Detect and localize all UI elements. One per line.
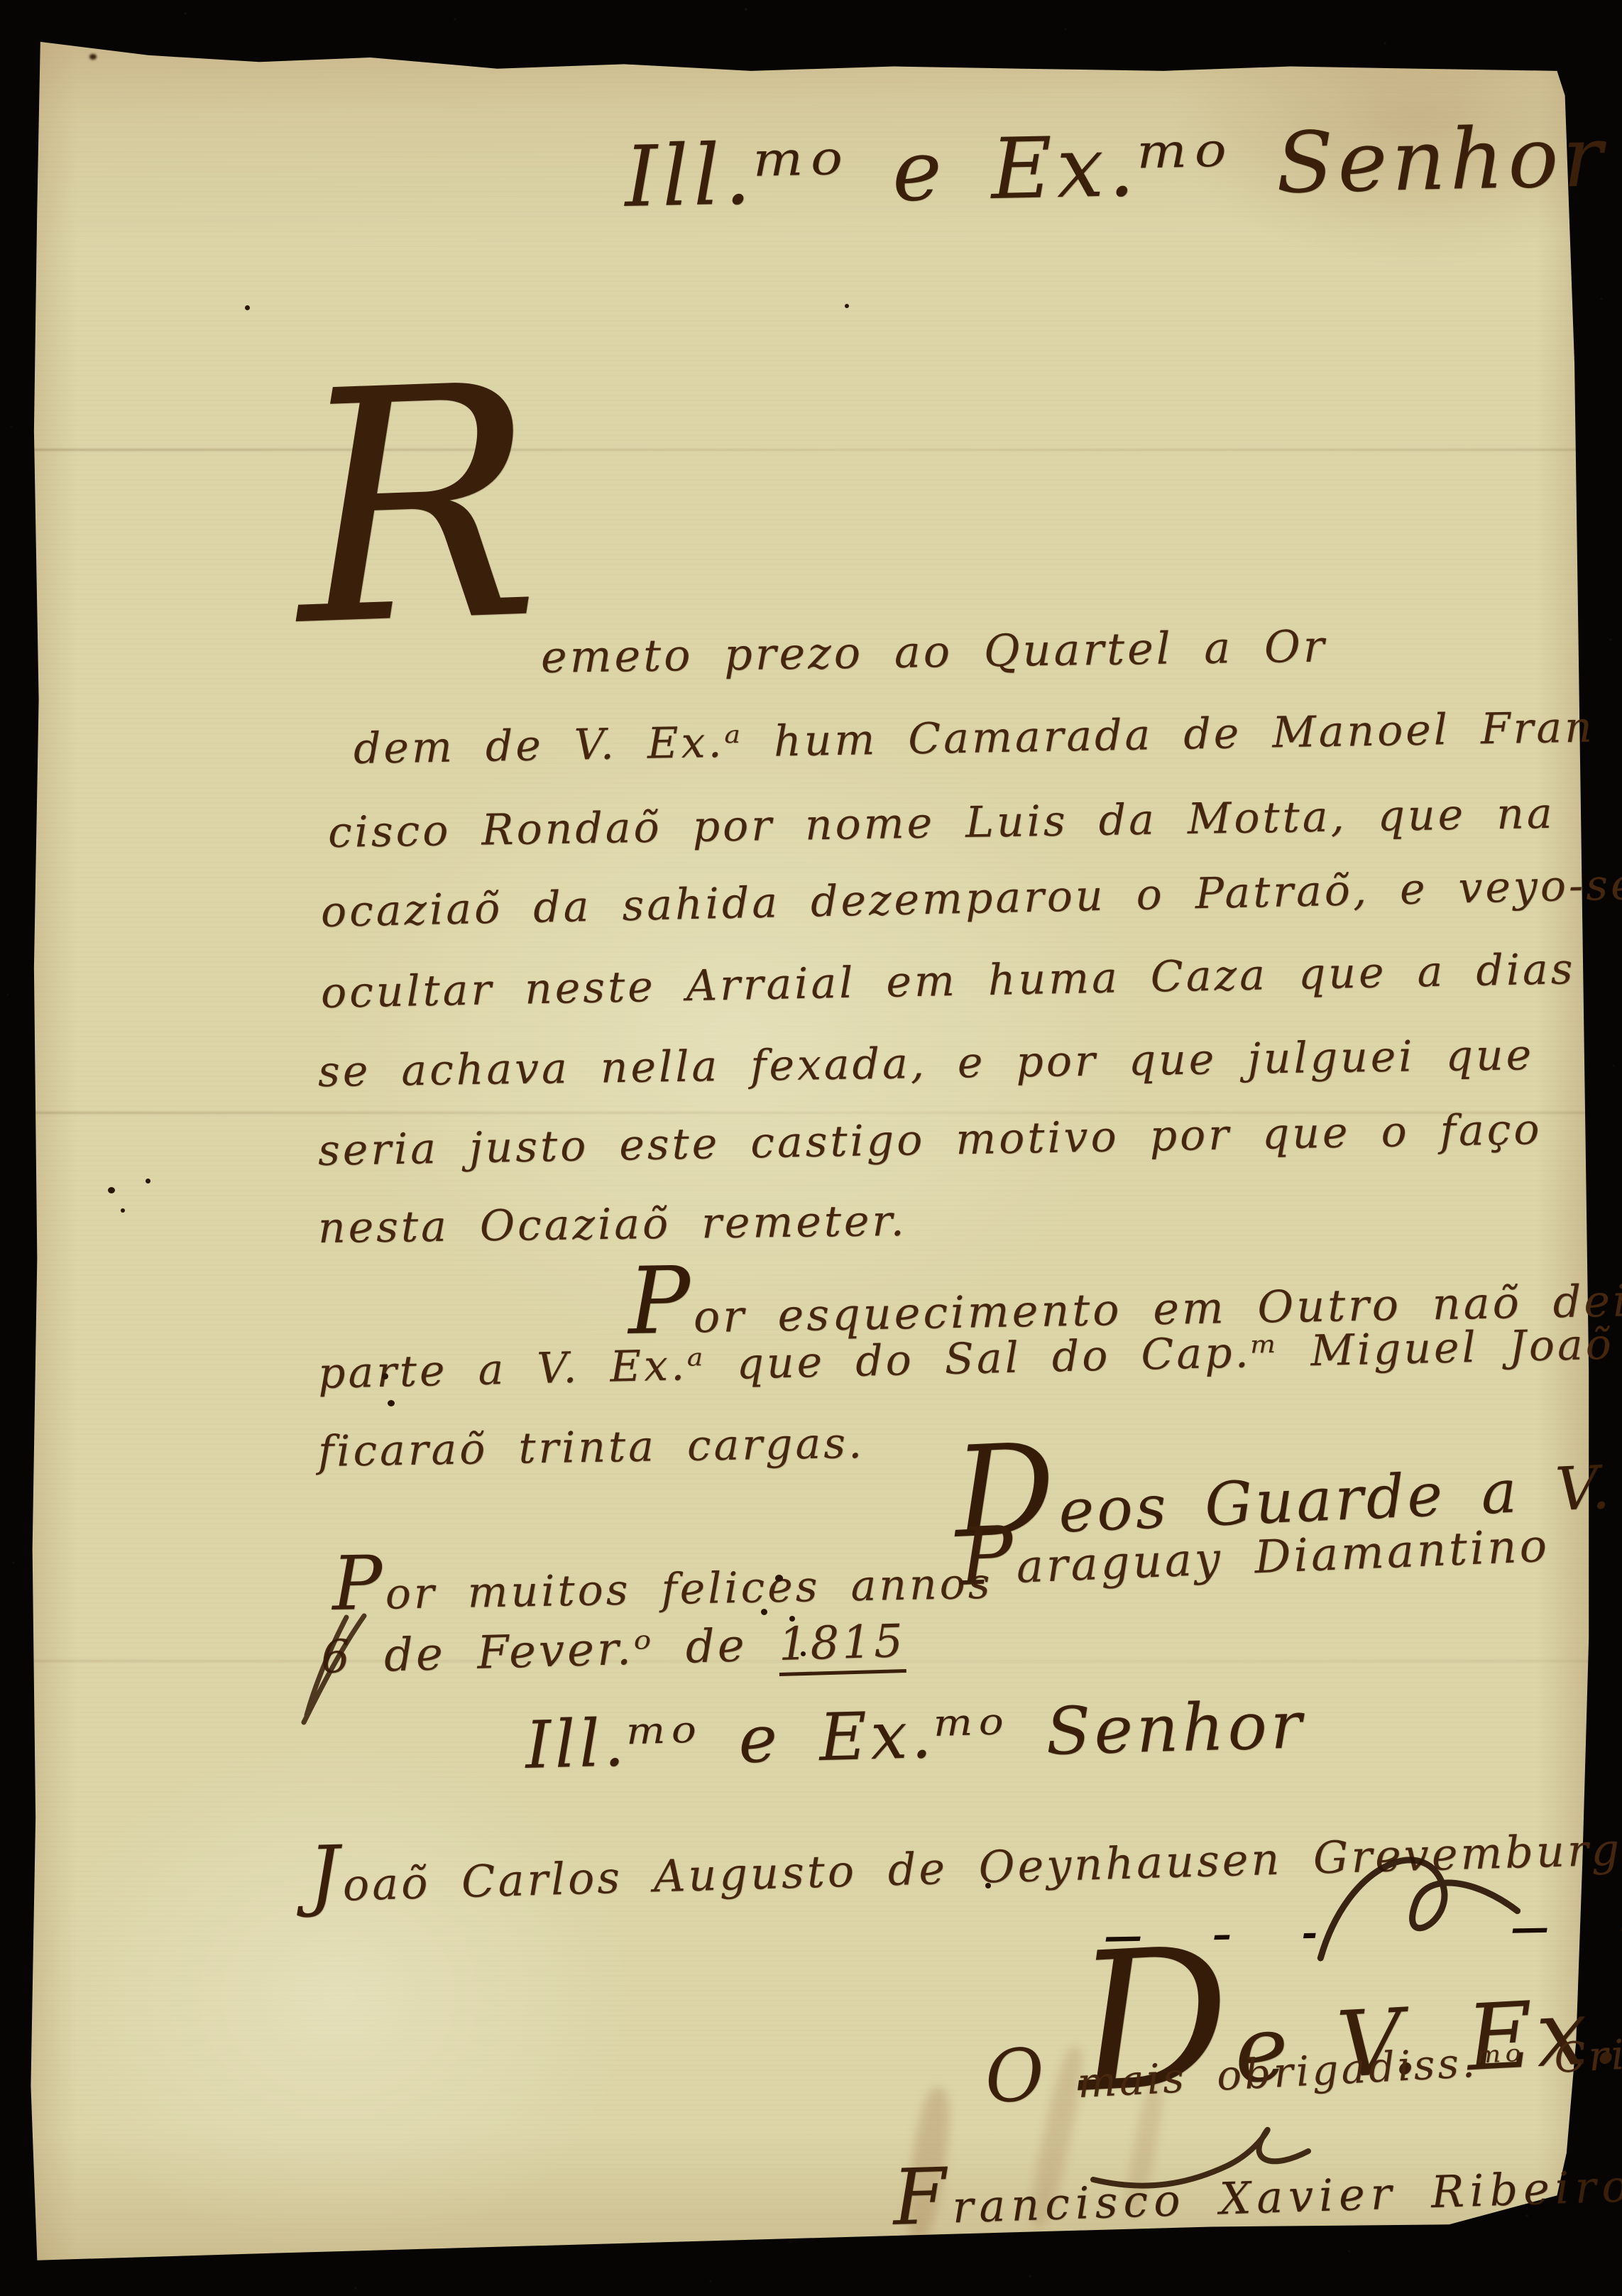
header-salutation: Ill.ᵐᵒ e Ex.ᵐᵒ Senhor [624, 111, 1608, 224]
body-line: emeto prezo ao Quartel a Or [541, 623, 1327, 682]
body-line: ficaraõ trinta cargas. [317, 1420, 865, 1475]
ink-dots [789, 1616, 795, 1622]
ink-dots [985, 1883, 991, 1888]
ink-dots [845, 304, 849, 308]
photo-background: Ill.ᵐᵒ e Ex.ᵐᵒ Senhor R emeto prezo ao Q… [0, 0, 1622, 2296]
ink-dots [121, 1208, 125, 1213]
ink-dots [388, 1400, 395, 1406]
ink-blotch [1560, 61, 1574, 72]
dust-specks [0, 0, 1, 1]
ink-dots [761, 1609, 767, 1615]
ink-dots [245, 305, 250, 310]
ink-dots [801, 1651, 806, 1656]
ink-dots [108, 1187, 115, 1193]
ink-dots [775, 1575, 783, 1582]
body-line: nesta Ocaziaõ remeter. [318, 1198, 907, 1252]
ink-dots [382, 1373, 388, 1379]
ink-blotch [89, 54, 97, 60]
ink-dots [146, 1179, 150, 1183]
drop-cap-initial: R [291, 343, 542, 671]
fold-crease [28, 449, 1601, 451]
date-year: 1815 [778, 1615, 906, 1676]
date-flourish [297, 1609, 375, 1729]
closing-wish: Por muitos felices annos [331, 1545, 993, 1619]
